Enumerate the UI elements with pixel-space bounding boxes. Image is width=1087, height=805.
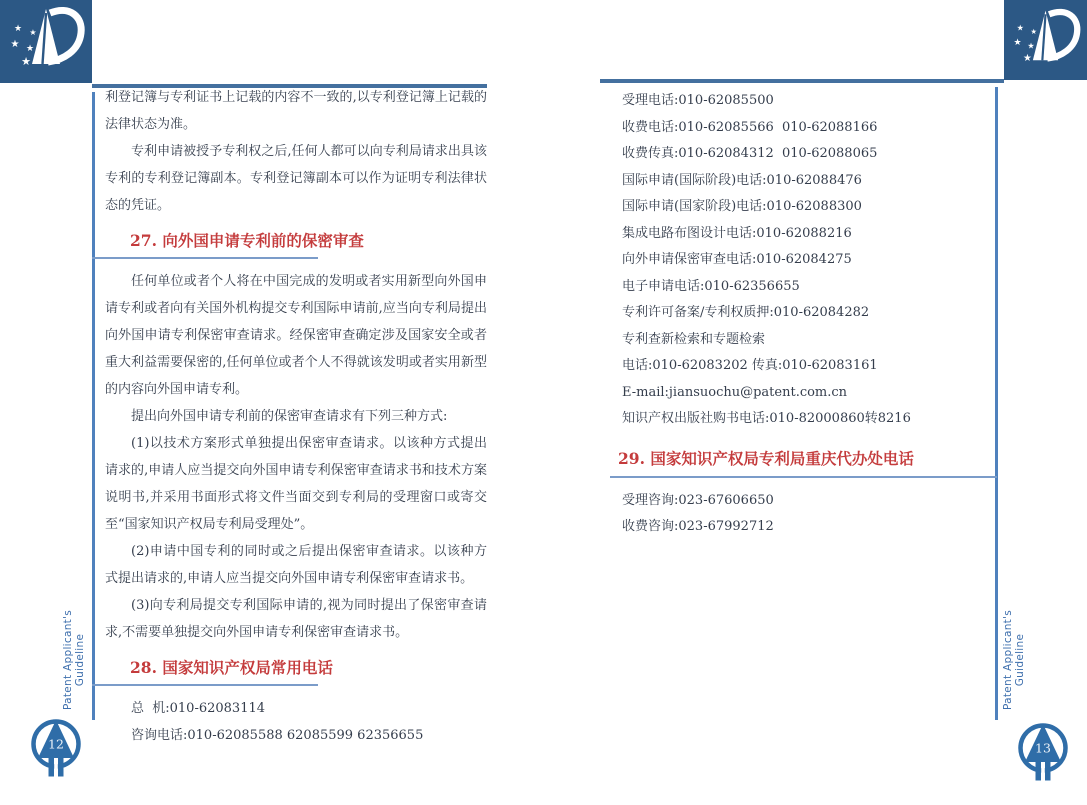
svg-text:★: ★	[1023, 53, 1032, 64]
header-rule-right	[600, 79, 1004, 83]
phone-line: 国际申请(国家阶段)电话:010-62088300	[622, 194, 996, 221]
svg-text:★: ★	[1017, 23, 1024, 33]
margin-rule-left	[92, 92, 95, 720]
phone-line: 受理咨询:023-67606650	[622, 488, 996, 515]
sidebar-caption-left: Patent Applicant's Guideline	[62, 600, 76, 720]
phone-line: 专利查新检索和专题检索	[622, 327, 996, 354]
brand-square-left: ★ ★ ★ ★ ★	[0, 0, 92, 83]
phone-line: 总 机:010-62083114	[105, 695, 487, 722]
svg-text:★: ★	[26, 44, 34, 54]
body-paragraph: (1)以技术方案形式单独提出保密审查请求。以该种方式提出请求的,申请人应当提交向…	[105, 430, 487, 538]
sidebar-caption-right: Patent Applicant's Guideline	[1002, 600, 1016, 720]
sipo-logo-icon: ★ ★ ★ ★ ★	[1004, 0, 1087, 80]
body-paragraph: 专利申请被授予专利权之后,任何人都可以向专利局请求出具该专利的专利登记簿副本。专…	[105, 138, 487, 219]
phone-line: 收费电话:010-62085566 010-62088166	[622, 115, 996, 142]
svg-text:★: ★	[21, 55, 31, 68]
body-paragraph: (3)向专利局提交专利国际申请的,视为同时提出了保密审查请求,不需要单独提交向外…	[105, 592, 487, 646]
page-number-badge-left: 12	[30, 717, 86, 781]
section-28-phone-lines: 总 机:010-62083114咨询电话:010-62085588 620855…	[105, 695, 487, 749]
section-29-heading: 29. 国家知识产权局专利局重庆代办处电话	[610, 449, 997, 478]
section-27-heading: 27. 向外国申请专利前的保密审查	[92, 231, 318, 259]
svg-text:★: ★	[1027, 41, 1034, 51]
svg-text:★: ★	[11, 39, 20, 50]
phone-line: 向外申请保密审查电话:010-62084275	[622, 247, 996, 274]
phone-line: E-mail:jiansuochu@patent.com.cn	[622, 380, 996, 407]
intro-paragraphs: 利登记簿与专利证书上记载的内容不一致的,以专利登记簿上记载的法律状态为准。专利申…	[105, 84, 487, 219]
body-paragraph: 提出向外国申请专利前的保密审查请求有下列三种方式:	[105, 403, 487, 430]
svg-text:★: ★	[14, 24, 22, 34]
phone-line: 收费传真:010-62084312 010-62088065	[622, 141, 996, 168]
page-number: 13	[1035, 741, 1051, 756]
phone-line: 专利许可备案/专利权质押:010-62084282	[622, 300, 996, 327]
svg-text:★: ★	[1031, 27, 1037, 36]
phone-line: 咨询电话:010-62085588 62085599 62356655	[105, 722, 487, 749]
body-paragraph: 任何单位或者个人将在中国完成的发明或者实用新型向外国申请专利或者向有关国外机构提…	[105, 268, 487, 403]
phone-line: 国际申请(国际阶段)电话:010-62088476	[622, 168, 996, 195]
phone-line: 电话:010-62083202 传真:010-62083161	[622, 353, 996, 380]
body-paragraph: (2)申请中国专利的同时或之后提出保密审查请求。以该种方式提出请求的,申请人应当…	[105, 538, 487, 592]
page-number: 12	[48, 737, 64, 752]
svg-text:★: ★	[29, 28, 36, 37]
contact-phone-lines: 受理电话:010-62085500收费电话:010-62085566 010-6…	[622, 88, 996, 433]
phone-line: 电子申请电话:010-62356655	[622, 274, 996, 301]
sipo-logo-icon: ★ ★ ★ ★ ★	[0, 0, 92, 83]
tree-badge-icon: 12	[30, 717, 86, 781]
body-paragraph: 利登记簿与专利证书上记载的内容不一致的,以专利登记簿上记载的法律状态为准。	[105, 84, 487, 138]
phone-line: 受理电话:010-62085500	[622, 88, 996, 115]
brand-square-right: ★ ★ ★ ★ ★	[1004, 0, 1087, 80]
phone-line: 集成电路布图设计电话:010-62088216	[622, 221, 996, 248]
page-number-badge-right: 13	[1017, 721, 1073, 785]
left-page-body: 利登记簿与专利证书上记载的内容不一致的,以专利登记簿上记载的法律状态为准。专利申…	[105, 84, 487, 749]
section-29-phone-lines: 受理咨询:023-67606650收费咨询:023-67992712	[622, 488, 996, 541]
svg-text:★: ★	[1013, 38, 1021, 48]
tree-badge-icon: 13	[1017, 721, 1073, 785]
section-28-heading: 28. 国家知识产权局常用电话	[92, 658, 318, 686]
phone-line: 收费咨询:023-67992712	[622, 514, 996, 541]
section-27-paragraphs: 任何单位或者个人将在中国完成的发明或者实用新型向外国申请专利或者向有关国外机构提…	[105, 268, 487, 646]
right-page-body: 受理电话:010-62085500收费电话:010-62085566 010-6…	[622, 88, 996, 541]
booklet-spread: { "document": { "sidebar_text": "Patent …	[0, 0, 1087, 805]
phone-line: 知识产权出版社购书电话:010-82000860转8216	[622, 406, 996, 433]
